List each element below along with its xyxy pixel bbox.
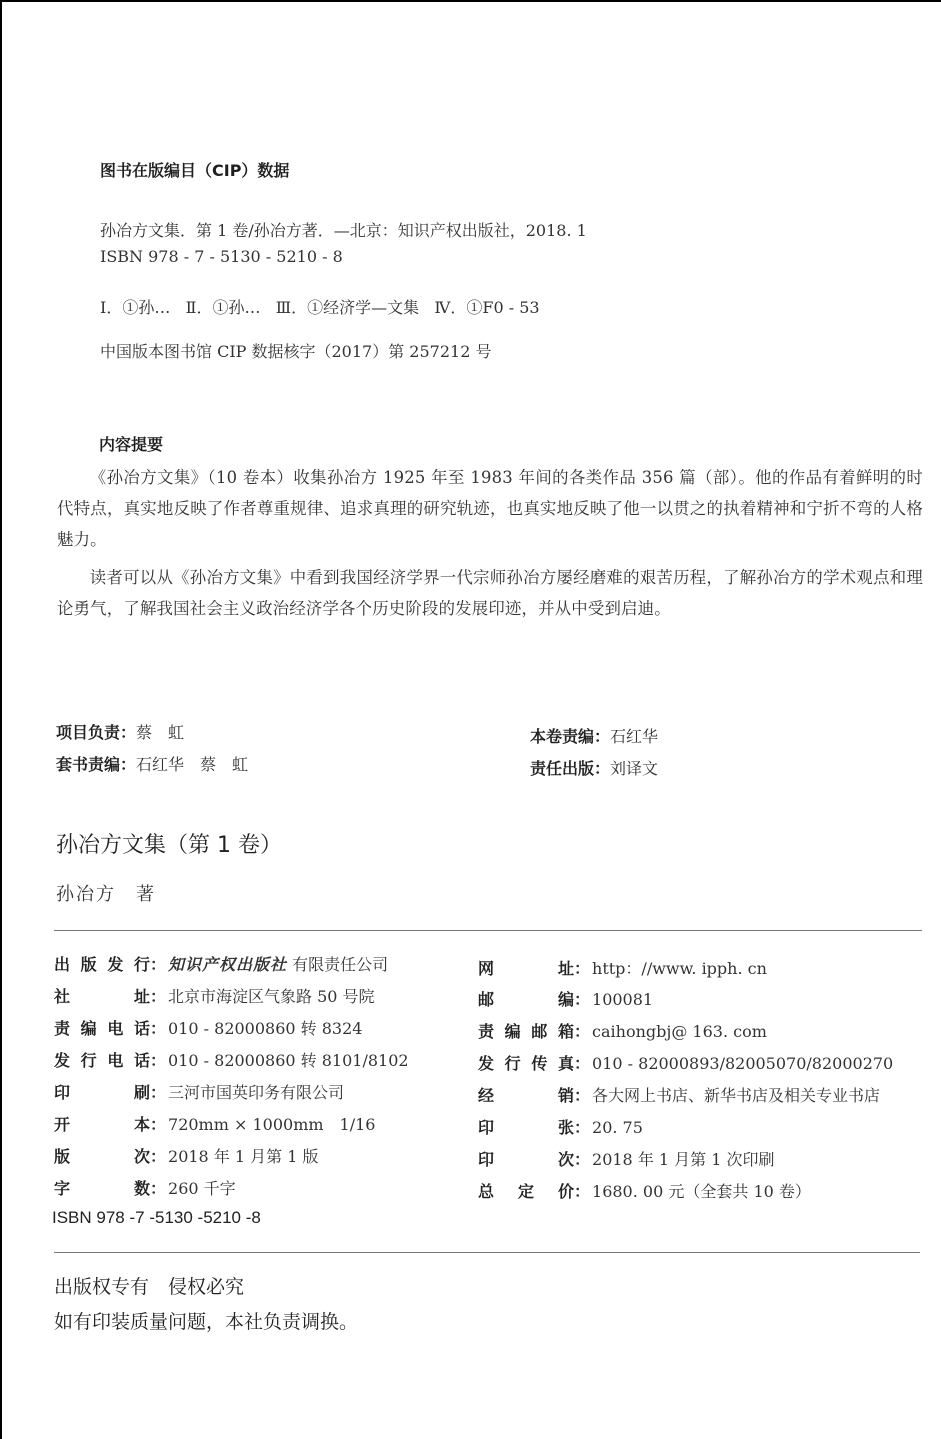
book-title: 孙冶方文集（第 1 卷）	[56, 828, 282, 859]
credit-value: 石红华 蔡 虹	[136, 755, 248, 774]
colophon-label: 印次	[478, 1147, 574, 1170]
colophon-label: 印刷	[54, 1080, 150, 1103]
credit-value: 刘译文	[610, 759, 658, 778]
cip-heading: 图书在版编目（CIP）数据	[100, 158, 289, 181]
colophon-row-postcode: 邮编：100081	[478, 987, 653, 1015]
credit-label: 套书责编：	[56, 755, 136, 774]
divider-bottom	[54, 1252, 920, 1253]
credit-label: 项目负责：	[56, 723, 136, 742]
colophon-row-publisher: 出版发行：知识产权出版社 有限责任公司	[54, 952, 388, 980]
credit-label: 责任出版：	[530, 759, 610, 778]
colophon-row-website: 网址：http：//www. ipph. cn	[478, 956, 767, 984]
colophon-row-price: 总定价：1680. 00 元（全套共 10 卷）	[478, 1179, 811, 1207]
colophon-label: 责编邮箱	[478, 1019, 574, 1042]
cip-line-isbn: ISBN 978 - 7 - 5130 - 5210 - 8	[100, 247, 343, 266]
colophon-label: 出版发行	[54, 952, 150, 975]
colophon-row-sheets: 印张：20. 75	[478, 1115, 643, 1143]
colophon-row-edition: 版次：2018 年 1 月第 1 版	[54, 1144, 319, 1172]
cip-line-classification: Ⅰ．①孙… Ⅱ．①孙… Ⅲ．①经济学—文集 Ⅳ．①F0 - 53	[100, 295, 540, 318]
credit-project-lead: 项目负责：蔡 虹	[56, 720, 184, 743]
colophon-label: 邮编	[478, 987, 574, 1010]
colophon-label: 开本	[54, 1112, 150, 1135]
book-author: 孙冶方 著	[56, 880, 156, 906]
divider-top	[54, 930, 922, 931]
quality-notice: 如有印装质量问题，本社负责调换。	[54, 1307, 358, 1334]
summary-paragraph-2: 读者可以从《孙冶方文集》中看到我国经济学界一代宗师孙冶方屡经磨难的艰苦历程，了解…	[57, 562, 923, 624]
credit-publishing-lead: 责任出版：刘译文	[530, 756, 658, 779]
summary-paragraph-1: 《孙冶方文集》（10 卷本）收集孙冶方 1925 年至 1983 年间的各类作品…	[57, 462, 923, 555]
colophon-row-printer: 印刷：三河市国英印务有限公司	[54, 1080, 344, 1108]
cip-line-title: 孙冶方文集．第 1 卷/孙冶方著．—北京：知识产权出版社，2018. 1	[100, 218, 587, 241]
colophon-row-address: 社址：北京市海淀区气象路 50 号院	[54, 984, 375, 1012]
colophon-row-editor-email: 责编邮箱：caihongbj@ 163. com	[478, 1019, 767, 1047]
isbn: ISBN 978 -7 -5130 -5210 -8	[52, 1208, 261, 1228]
colophon-label: 字数	[54, 1176, 150, 1199]
credit-value: 石红华	[610, 727, 658, 746]
colophon-row-word-count: 字数：260 千字	[54, 1176, 236, 1204]
colophon-label: 发行电话	[54, 1048, 150, 1071]
colophon-label: 责编电话	[54, 1016, 150, 1039]
summary-heading: 内容提要	[99, 432, 163, 455]
colophon-label: 发行传真	[478, 1051, 574, 1074]
colophon-row-format: 开本：720mm × 1000mm 1/16	[54, 1112, 375, 1140]
colophon-row-editor-phone: 责编电话：010 - 82000860 转 8324	[54, 1016, 362, 1044]
colophon-label: 版次	[54, 1144, 150, 1167]
copyright-notice: 出版权专有 侵权必究	[54, 1272, 244, 1299]
colophon-row-distribution-phone: 发行电话：010 - 82000860 转 8101/8102	[54, 1048, 409, 1076]
colophon-row-printing: 印次：2018 年 1 月第 1 次印刷	[478, 1147, 775, 1175]
copyright-page: 图书在版编目（CIP）数据 孙冶方文集．第 1 卷/孙冶方著．—北京：知识产权出…	[0, 0, 941, 1439]
colophon-row-sellers: 经销：各大网上书店、新华书店及相关专业书店	[478, 1083, 880, 1111]
credit-value: 蔡 虹	[136, 723, 184, 742]
colophon-label: 社址	[54, 984, 150, 1007]
publisher-logotype: 知识产权出版社	[168, 955, 287, 974]
cip-line-record-number: 中国版本图书馆 CIP 数据核字（2017）第 257212 号	[100, 339, 491, 362]
colophon-label: 网址	[478, 956, 574, 979]
credit-series-editor: 套书责编：石红华 蔡 虹	[56, 752, 248, 775]
credit-volume-editor: 本卷责编：石红华	[530, 724, 658, 747]
colophon-label: 经销	[478, 1083, 574, 1106]
credit-label: 本卷责编：	[530, 727, 610, 746]
colophon-label: 印张	[478, 1115, 574, 1138]
colophon-row-distribution-fax: 发行传真：010 - 82000893/82005070/82000270	[478, 1051, 893, 1079]
colophon-label: 总定价	[478, 1179, 574, 1202]
